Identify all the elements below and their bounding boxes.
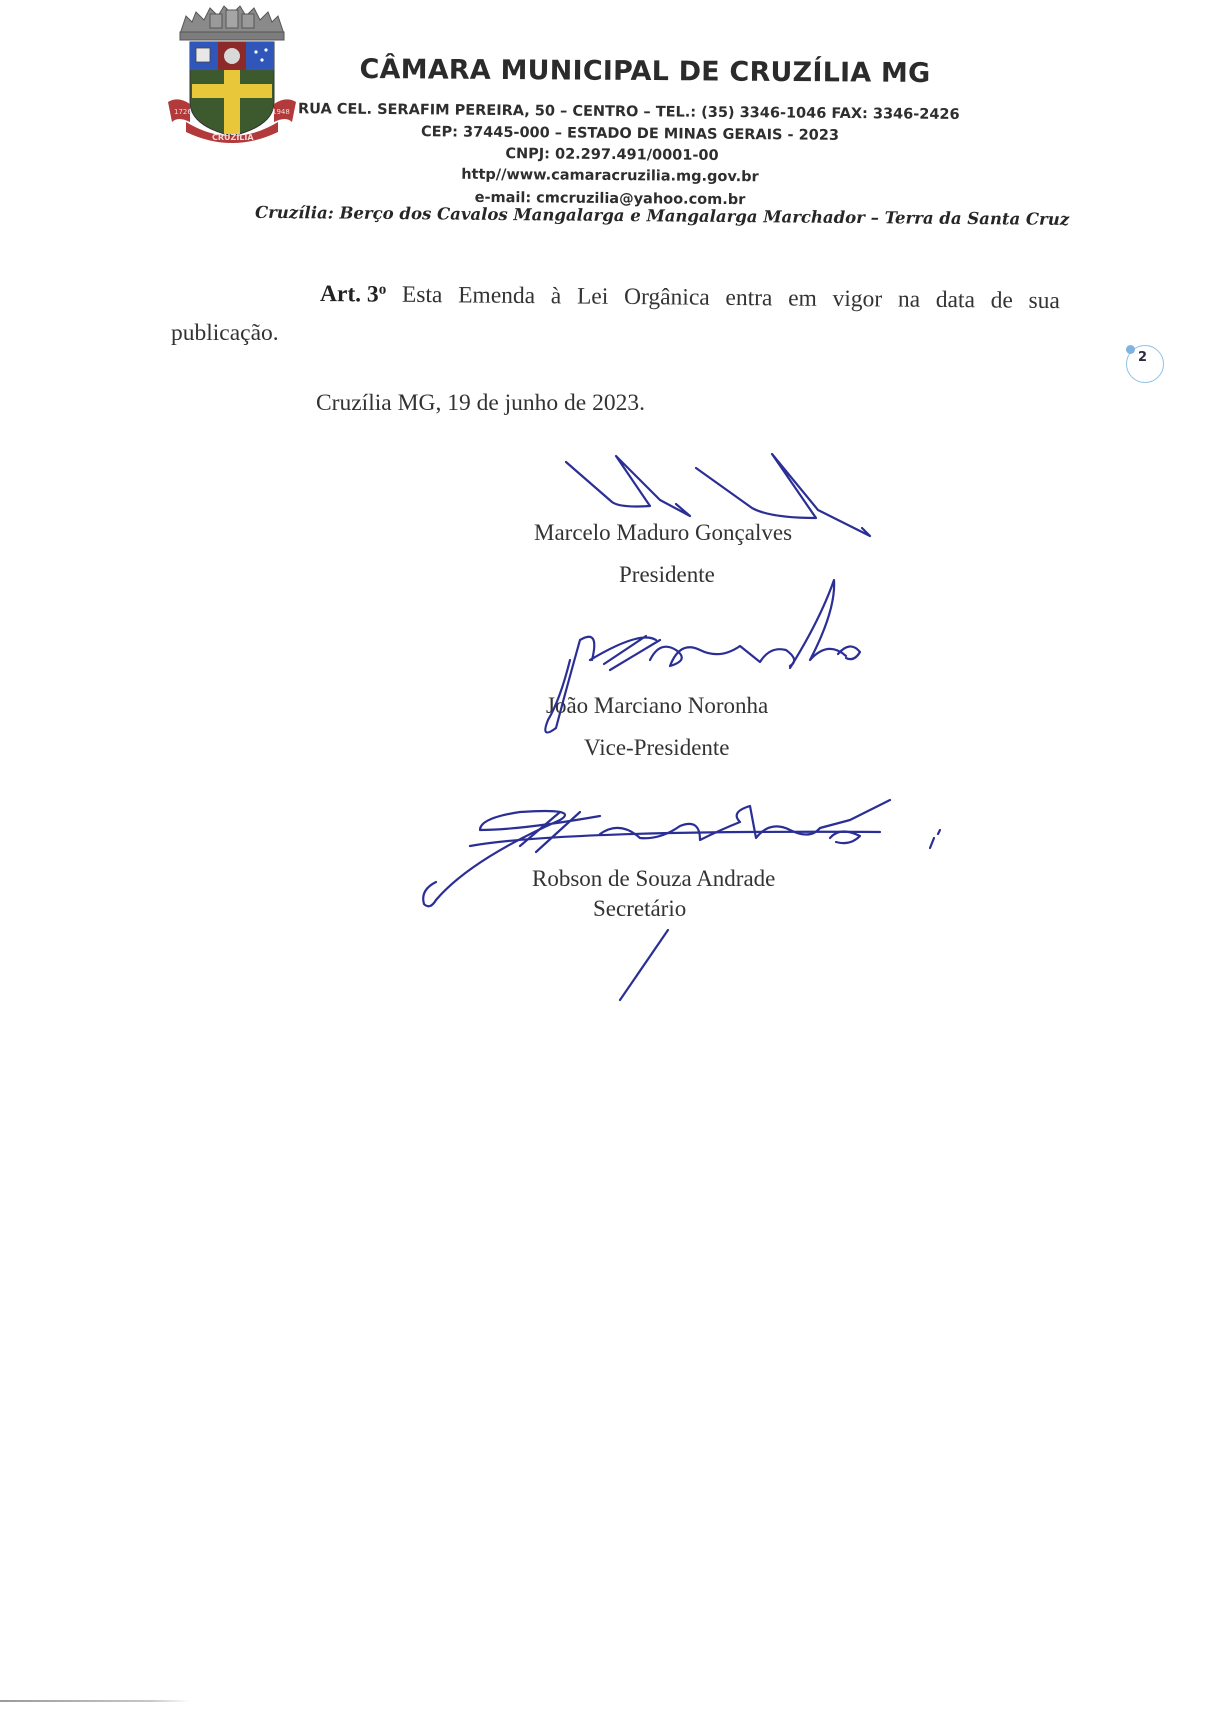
article-word: Emenda — [458, 282, 535, 310]
institution-cep: CEP: 37445-000 – ESTADO DE MINAS GERAIS … — [310, 123, 950, 145]
stamp-dot-icon — [1126, 345, 1135, 354]
page-number: 2 — [1138, 350, 1147, 365]
article-word: entra — [725, 285, 772, 312]
article-word: na — [898, 287, 920, 314]
article-word: à — [551, 283, 562, 310]
article-word: em — [788, 285, 817, 312]
article-word: data — [936, 287, 975, 314]
article-word: Esta — [402, 282, 443, 309]
article-label: Art. 3o — [320, 281, 386, 309]
signatory-name: João Marciano Noronha — [546, 693, 768, 719]
crest-year-right: 1948 — [272, 108, 290, 116]
article-3-line: Art. 3o EstaEmendaàLeiOrgânicaentraemvig… — [320, 281, 1060, 315]
place-and-date: Cruzília MG, 19 de junho de 2023. — [316, 390, 645, 417]
article-word: sua — [1028, 288, 1060, 315]
crest-banner: CRUZÍLIA — [212, 131, 254, 142]
coat-of-arms-icon: 1726 1948 CRUZÍLIA — [166, 4, 298, 146]
article-word: Orgânica — [624, 284, 710, 312]
signatory-name: Robson de Souza Andrade — [532, 866, 775, 892]
institution-website: http//www.camaracruzilia.mg.gov.br — [300, 165, 920, 186]
signatory-role: Vice-Presidente — [584, 735, 730, 761]
crest-year-left: 1726 — [174, 108, 192, 116]
signature-marcelo — [566, 456, 690, 516]
signatory-role: Presidente — [619, 562, 715, 588]
institution-title: CÂMARA MUNICIPAL DE CRUZÍLIA MG — [300, 54, 990, 90]
scan-edge-line — [0, 1700, 190, 1702]
signatory-role: Secretário — [593, 896, 686, 922]
signatory-name: Marcelo Maduro Gonçalves — [534, 520, 792, 546]
signatures-ink — [0, 0, 1205, 1718]
institution-address: RUA CEL. SERAFIM PEREIRA, 50 – CENTRO – … — [298, 101, 938, 123]
article-word: de — [991, 287, 1013, 314]
article-word: Lei — [577, 283, 609, 310]
article-3-continuation: publicação. — [171, 320, 279, 347]
institution-cnpj: CNPJ: 02.297.491/0001-00 — [312, 144, 912, 165]
article-word: vigor — [832, 286, 882, 313]
